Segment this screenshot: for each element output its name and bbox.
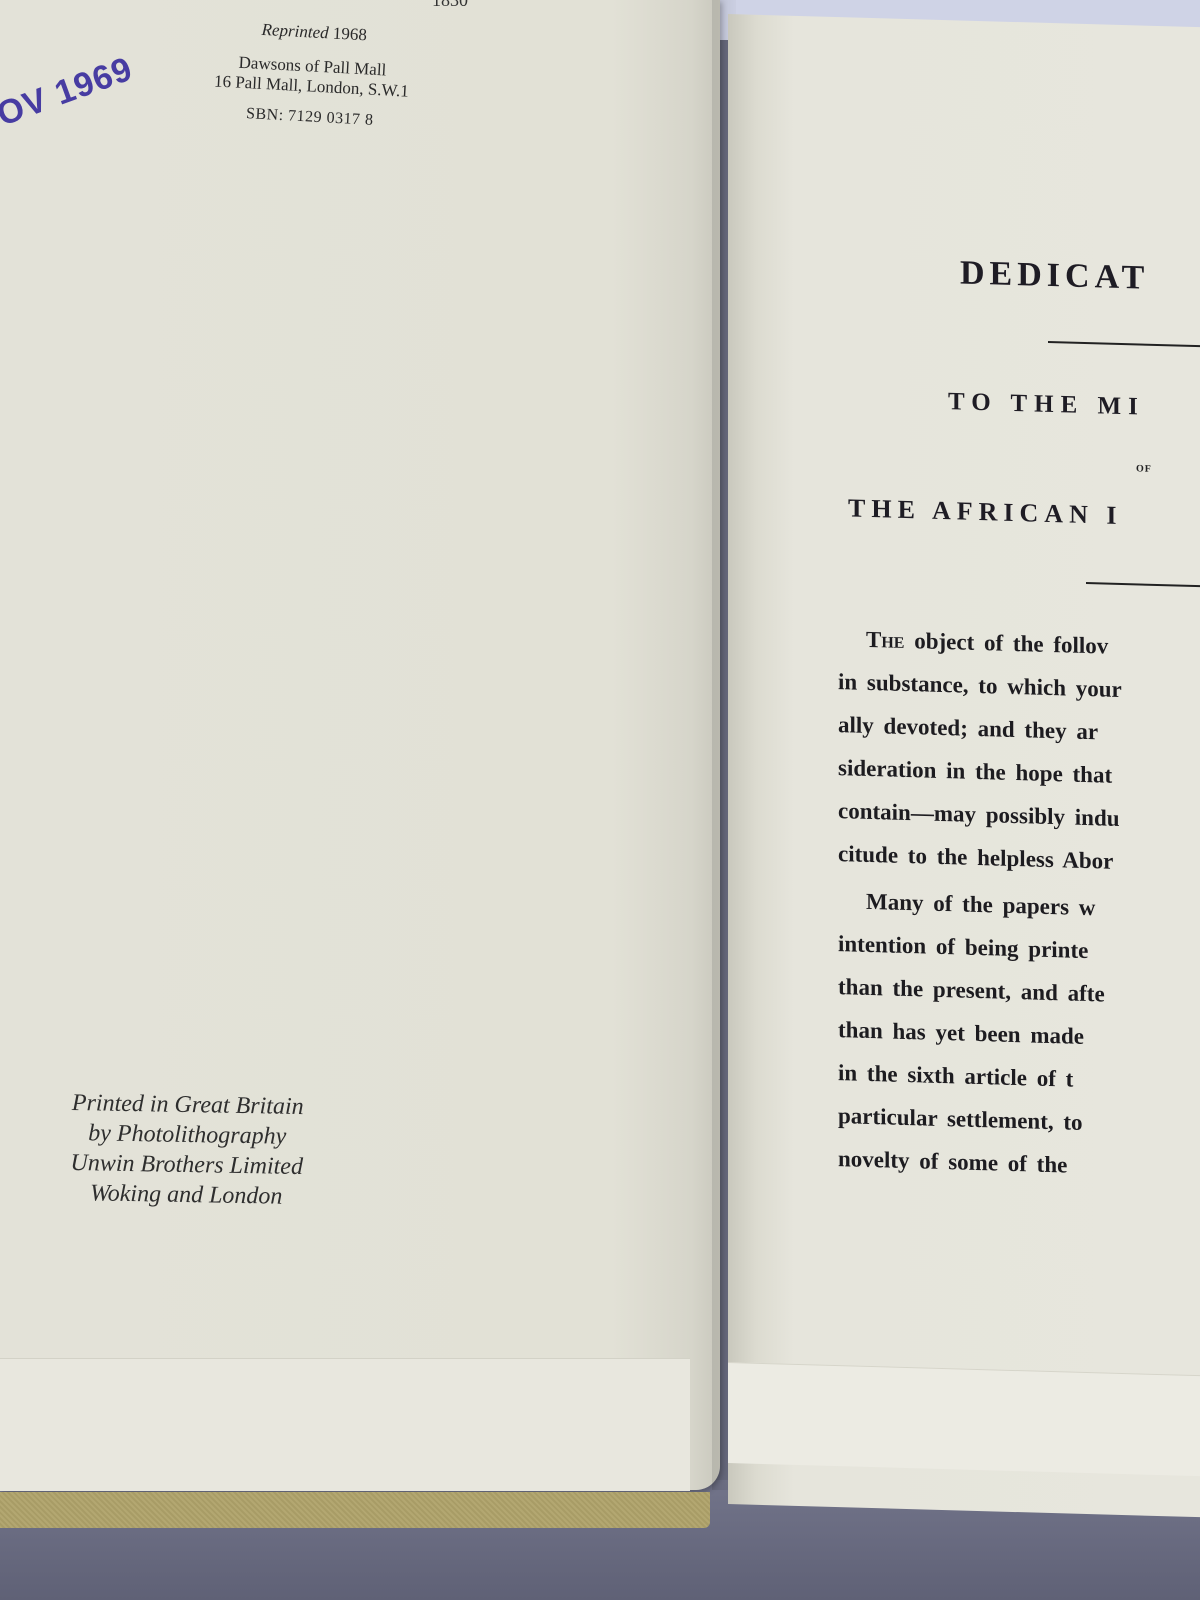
dedication-body: The object of the follov in substance, t…: [838, 617, 1200, 1191]
dedication-rule: [1086, 582, 1200, 587]
printer-colophon: Printed in Great Britain by Photolithogr…: [21, 1087, 353, 1213]
library-date-stamp: OV 1969: [0, 50, 138, 135]
drop-word: The: [866, 627, 904, 653]
cloth-binding-edge: [0, 1492, 710, 1528]
left-page: 1830 Reprinted 1968 Dawsons of Pall Mall…: [0, 0, 720, 1490]
dedication-heading: DEDICAT: [960, 254, 1149, 297]
dedication-of: OF: [1136, 463, 1152, 474]
left-page-edge-band: [0, 1358, 690, 1491]
printer-line: Unwin Brothers Limited: [22, 1147, 352, 1183]
publisher: Dawsons of Pall Mall 16 Pall Mall, Londo…: [146, 48, 478, 105]
right-page-edge-band: [728, 1362, 1200, 1476]
body-line: novelty of some of the: [838, 1137, 1200, 1191]
printer-line: Woking and London: [21, 1177, 351, 1213]
dedication-line-1: TO THE MI: [948, 388, 1145, 421]
sbn-number: SBN: 7129 0317 8: [145, 100, 475, 135]
right-page: DEDICAT TO THE MI OF THE AFRICAN I The o…: [728, 14, 1200, 1517]
dedication-line-2: THE AFRICAN I: [848, 493, 1122, 531]
imprint-block: Reprinted 1968 Dawsons of Pall Mall 16 P…: [145, 14, 480, 135]
printer-line: Printed in Great Britain: [23, 1087, 353, 1123]
heading-rule: [1048, 341, 1200, 347]
cut-off-year: 1830: [432, 0, 468, 11]
reprint-year: 1968: [332, 24, 367, 45]
reprint-line: Reprinted 1968: [149, 14, 480, 51]
reprint-label: Reprinted: [261, 20, 329, 42]
body-line: citude to the helpless Abor: [838, 832, 1200, 886]
